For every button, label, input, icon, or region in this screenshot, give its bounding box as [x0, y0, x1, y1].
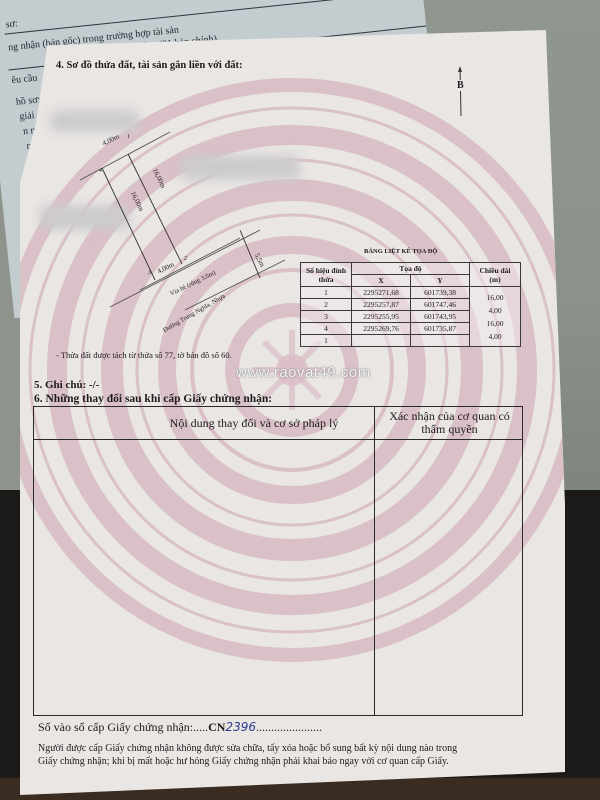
back-doc-line: sơ: [5, 18, 18, 30]
registry-trailing: ...................... [256, 720, 322, 734]
y-cell: 601739,38 [411, 287, 470, 299]
north-label: B [457, 80, 464, 91]
changes-table: Nội dung thay đổi và cơ sở pháp lý Xác n… [33, 406, 523, 716]
footer-notice-line: Người được cấp Giấy chứng nhận không đượ… [38, 742, 457, 755]
section4-title: 4. Sơ đồ thửa đất, tài sản gắn liền với … [56, 60, 243, 71]
parcel-diagram [60, 110, 300, 310]
length-cell: 16,00 4,00 16,00 4,00 [470, 287, 521, 347]
registry-label: Số vào sổ cấp Giấy chứng nhận:..... [38, 720, 208, 734]
x-cell: 2295257,87 [352, 299, 411, 311]
section5-title: 5. Ghi chú: -/- [34, 379, 99, 391]
col-point-header: Số hiệu đỉnh thửa [301, 263, 352, 287]
registry-line: Số vào sổ cấp Giấy chứng nhận:.....CN239… [38, 720, 322, 735]
length-value: 16,00 [473, 317, 517, 330]
coord-table-title: BẢNG LIỆT KÊ TỌA ĐỘ [364, 248, 437, 255]
point-cell: 4 [301, 323, 352, 335]
col-y-header: Y [411, 275, 470, 287]
changes-table-divider [374, 407, 375, 715]
y-cell [411, 335, 470, 347]
length-value: 4,00 [473, 304, 517, 317]
x-cell: 2295255,95 [352, 311, 411, 323]
col-length-header: Chiều dài (m) [470, 263, 521, 287]
length-value: 4,00 [473, 330, 517, 343]
point-cell: 1 [301, 335, 352, 347]
point-cell: 3 [301, 311, 352, 323]
back-doc-line: êu cầu [11, 73, 38, 87]
parcel-note: - Thửa đất được tách từ thửa số 77, tờ b… [56, 350, 232, 360]
y-cell: 601743,95 [411, 311, 470, 323]
col-content-header: Nội dung thay đổi và cơ sở pháp lý [34, 407, 374, 439]
point-3-label: 3 [148, 270, 151, 276]
table-row: 1 2295271,68 601739,38 16,00 4,00 16,00 … [301, 287, 521, 299]
footer-notice: Người được cấp Giấy chứng nhận không đượ… [38, 742, 457, 768]
x-cell: 2295271,68 [352, 287, 411, 299]
col-confirm-header: Xác nhận của cơ quan có thẩm quyền [375, 407, 524, 439]
coordinate-table: Số hiệu đỉnh thửa Tọa độ Chiều dài (m) X… [300, 262, 521, 347]
registry-prefix: CN [208, 720, 225, 734]
certificate-page: 4. Sơ đồ thửa đất, tài sản gắn liền với … [20, 30, 565, 795]
north-arrow-icon [452, 64, 468, 120]
section6-title: 6. Những thay đổi sau khi cấp Giấy chứng… [34, 393, 272, 405]
point-1-label: 1 [127, 134, 130, 140]
back-doc-line: giải [19, 110, 35, 123]
site-watermark: www.raovat49.com [236, 364, 371, 381]
y-cell: 601747,46 [411, 299, 470, 311]
back-doc-rule [5, 0, 423, 35]
col-x-header: X [352, 275, 411, 287]
x-cell: 2295269,76 [352, 323, 411, 335]
footer-notice-line: Giấy chứng nhận; khi bị mất hoặc hư hỏng… [38, 755, 457, 768]
y-cell: 601735,87 [411, 323, 470, 335]
length-value: 16,00 [473, 291, 517, 304]
back-doc-line: hồ sơ: [15, 94, 40, 107]
point-cell: 1 [301, 287, 352, 299]
point-4-label: 4 [99, 168, 102, 174]
point-2-label: 2 [184, 256, 187, 262]
col-confirm-label: Xác nhận của cơ quan có thẩm quyền [389, 410, 510, 436]
col-content-label: Nội dung thay đổi và cơ sở pháp lý [70, 417, 339, 430]
x-cell [352, 335, 411, 347]
col-coord-header: Tọa độ [352, 263, 470, 275]
registry-number-handwritten: 2396 [225, 720, 256, 734]
point-cell: 2 [301, 299, 352, 311]
